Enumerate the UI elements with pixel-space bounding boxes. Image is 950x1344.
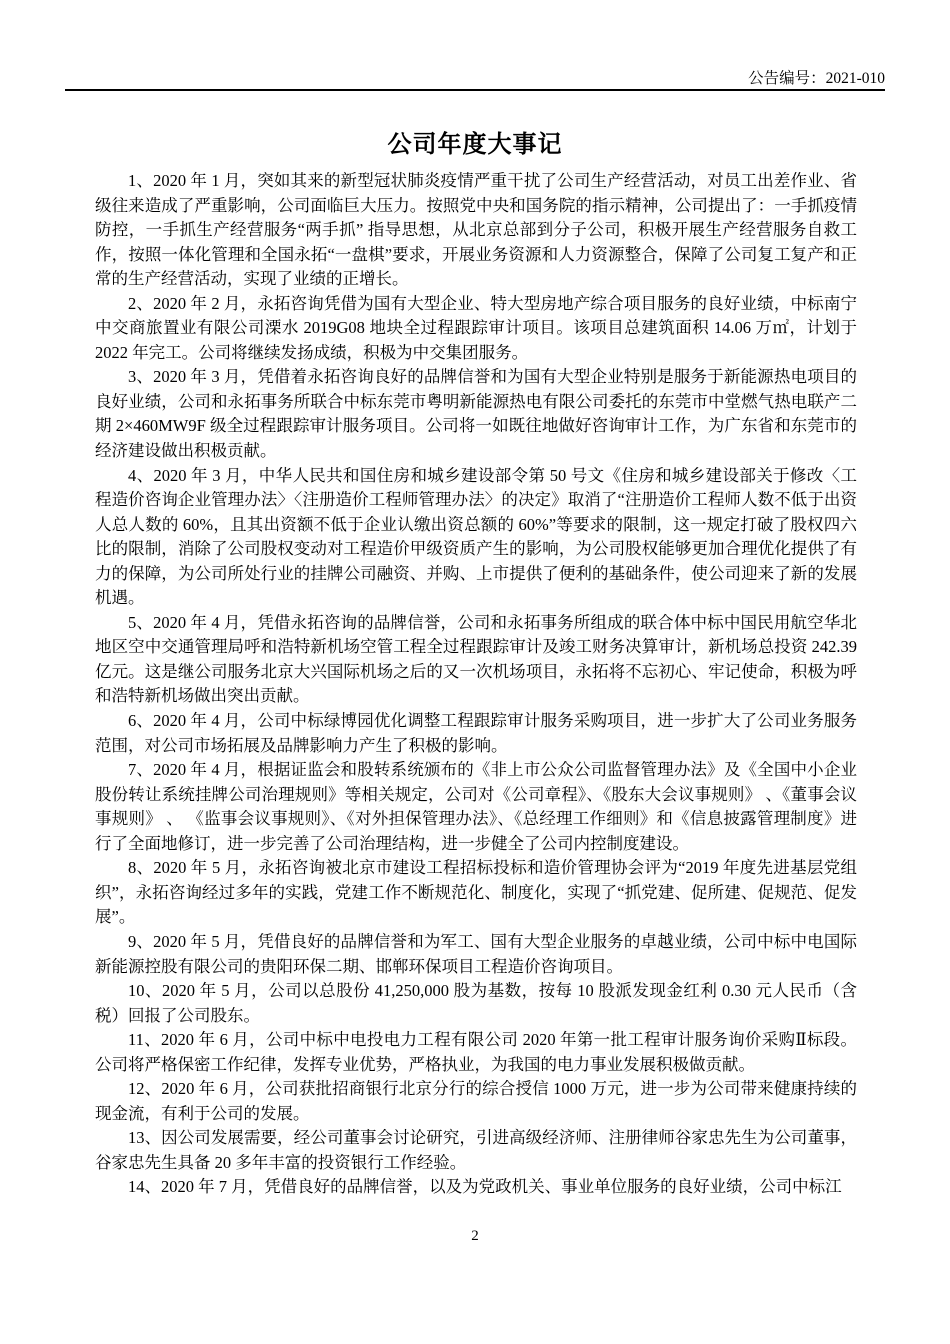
paragraph-14: 14、2020 年 7 月，凭借良好的品牌信誉，以及为党政机关、事业单位服务的良… (95, 1175, 857, 1200)
page-number: 2 (0, 1228, 950, 1245)
paragraph-9: 9、2020 年 5 月，凭借良好的品牌信誉和为军工、国有大型企业服务的卓越业绩… (95, 930, 857, 979)
paragraph-1: 1、2020 年 1 月，突如其来的新型冠状肺炎疫情严重干扰了公司生产经营活动，… (95, 169, 857, 292)
document-page: 公告编号：2021-010 公司年度大事记 1、2020 年 1 月，突如其来的… (0, 0, 950, 1344)
paragraph-6: 6、2020 年 4 月，公司中标绿博园优化调整工程跟踪审计服务采购项目，进一步… (95, 709, 857, 758)
paragraph-7: 7、2020 年 4 月，根据证监会和股转系统颁布的《非上市公众公司监督管理办法… (95, 758, 857, 856)
paragraph-12: 12、2020 年 6 月，公司获批招商银行北京分行的综合授信 1000 万元，… (95, 1077, 857, 1126)
notice-number: 公告编号：2021-010 (65, 66, 885, 88)
paragraph-8: 8、2020 年 5 月，永拓咨询被北京市建设工程招标投标和造价管理协会评为“2… (95, 856, 857, 930)
paragraph-4: 4、2020 年 3 月，中华人民共和国住房和城乡建设部令第 50 号文《住房和… (95, 464, 857, 611)
paragraph-10: 10、2020 年 5 月，公司以总股份 41,250,000 股为基数，按每 … (95, 979, 857, 1028)
document-body: 1、2020 年 1 月，突如其来的新型冠状肺炎疫情严重干扰了公司生产经营活动，… (95, 169, 857, 1200)
paragraph-11: 11、2020 年 6 月，公司中标中电投电力工程有限公司 2020 年第一批工… (95, 1028, 857, 1077)
page-title: 公司年度大事记 (0, 124, 950, 159)
paragraph-13: 13、因公司发展需要，经公司董事会讨论研究，引进高级经济师、注册律师谷家忠先生为… (95, 1126, 857, 1175)
paragraph-5: 5、2020 年 4 月，凭借永拓咨询的品牌信誉，公司和永拓事务所组成的联合体中… (95, 611, 857, 709)
header-divider (65, 89, 885, 91)
paragraph-3: 3、2020 年 3 月，凭借着永拓咨询良好的品牌信誉和为国有大型企业特别是服务… (95, 365, 857, 463)
paragraph-2: 2、2020 年 2 月，永拓咨询凭借为国有大型企业、特大型房地产综合项目服务的… (95, 292, 857, 366)
